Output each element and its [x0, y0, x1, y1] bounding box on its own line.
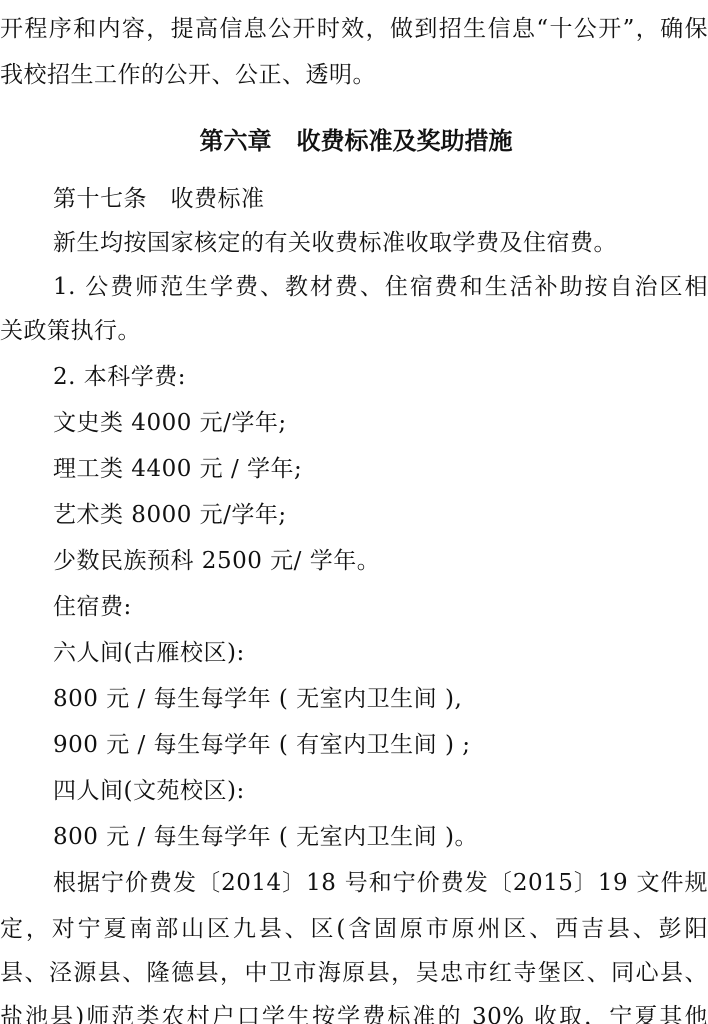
policy-line-1: 根据宁价费发〔2014〕18 号和宁价费发〔2015〕19 文件规 — [53, 868, 708, 898]
item1-line-2: 关政策执行。 — [0, 316, 708, 346]
tuition-ethnic-preparatory: 少数民族预科 2500 元/ 学年。 — [53, 546, 708, 576]
tuition-science-engineering: 理工类 4400 元 / 学年; — [53, 454, 708, 484]
policy-line-3: 县、泾源县、隆德县，中卫市海原县，吴忠市红寺堡区、同心县、 — [0, 958, 708, 988]
six-person-fee-no-bathroom: 800 元 / 每生每学年 ( 无室内卫生间 ), — [53, 684, 708, 714]
six-person-fee-with-bathroom: 900 元 / 每生每学年 ( 有室内卫生间 ) ; — [53, 730, 708, 760]
policy-line-2: 定，对宁夏南部山区九县、区(含固原市原州区、西吉县、彭阳 — [0, 914, 708, 944]
four-person-fee-no-bathroom: 800 元 / 每生每学年 ( 无室内卫生间 )。 — [53, 822, 708, 852]
document-page: 开程序和内容，提高信息公开时效，做到招生信息“十公开”，确保 我校招生工作的公开… — [0, 0, 708, 1024]
tuition-arts: 艺术类 8000 元/学年; — [53, 500, 708, 530]
article-number: 第十七条 — [53, 186, 147, 212]
accommodation-label: 住宿费: — [53, 592, 708, 622]
chapter-title: 收费标准及奖助措施 — [297, 127, 513, 155]
chapter-heading: 第六章 收费标准及奖助措施 — [0, 126, 708, 156]
carryover-line-2: 我校招生工作的公开、公正、透明。 — [0, 60, 708, 90]
policy-line-4: 盐池县)师范类农村户口学生按学费标准的 30% 收取，宁夏其他 — [0, 1002, 708, 1024]
intro-paragraph: 新生均按国家核定的有关收费标准收取学费及住宿费。 — [53, 228, 708, 258]
tuition-liberal-arts: 文史类 4000 元/学年; — [53, 408, 708, 438]
article-heading: 第十七条 收费标准 — [53, 184, 708, 214]
article-title: 收费标准 — [170, 186, 264, 212]
carryover-line-1: 开程序和内容，提高信息公开时效，做到招生信息“十公开”，确保 — [0, 14, 708, 44]
item2-label: 2. 本科学费: — [53, 362, 708, 392]
item1-line-1: 1. 公费师范生学费、教材费、住宿费和生活补助按自治区相 — [53, 272, 708, 302]
six-person-room-label: 六人间(古雁校区): — [53, 638, 708, 668]
chapter-number: 第六章 — [199, 127, 271, 155]
four-person-room-label: 四人间(文苑校区): — [53, 776, 708, 806]
